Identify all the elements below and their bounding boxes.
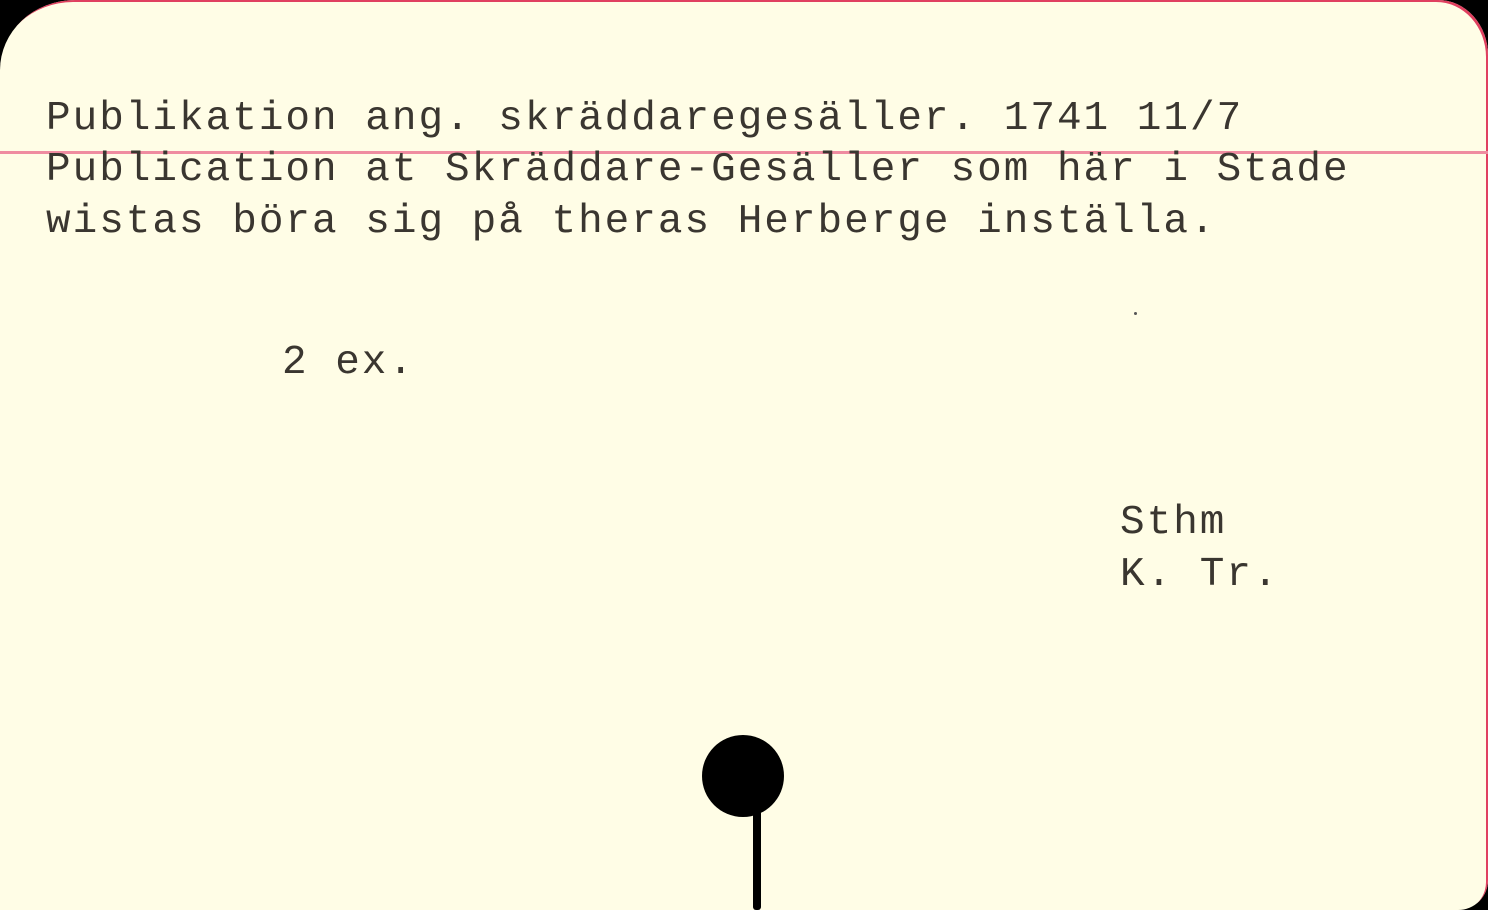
punch-hole-icon [702,735,784,817]
ink-speck [1134,312,1137,315]
card-title-line: Publikation ang. skräddaregesäller. 1741… [46,96,1243,142]
description-line-2: wistas böra sig på theras Herberge instä… [46,199,1217,245]
catalog-card: Publikation ang. skräddaregesäller. 1741… [0,0,1488,910]
description-line-1: Publication at Skräddare-Gesäller som hä… [46,147,1350,193]
location-city: Sthm [1120,500,1226,546]
copies-count: 2 ex. [282,340,415,386]
location-collection: K. Tr. [1120,552,1280,598]
card-rod-icon [753,810,761,910]
